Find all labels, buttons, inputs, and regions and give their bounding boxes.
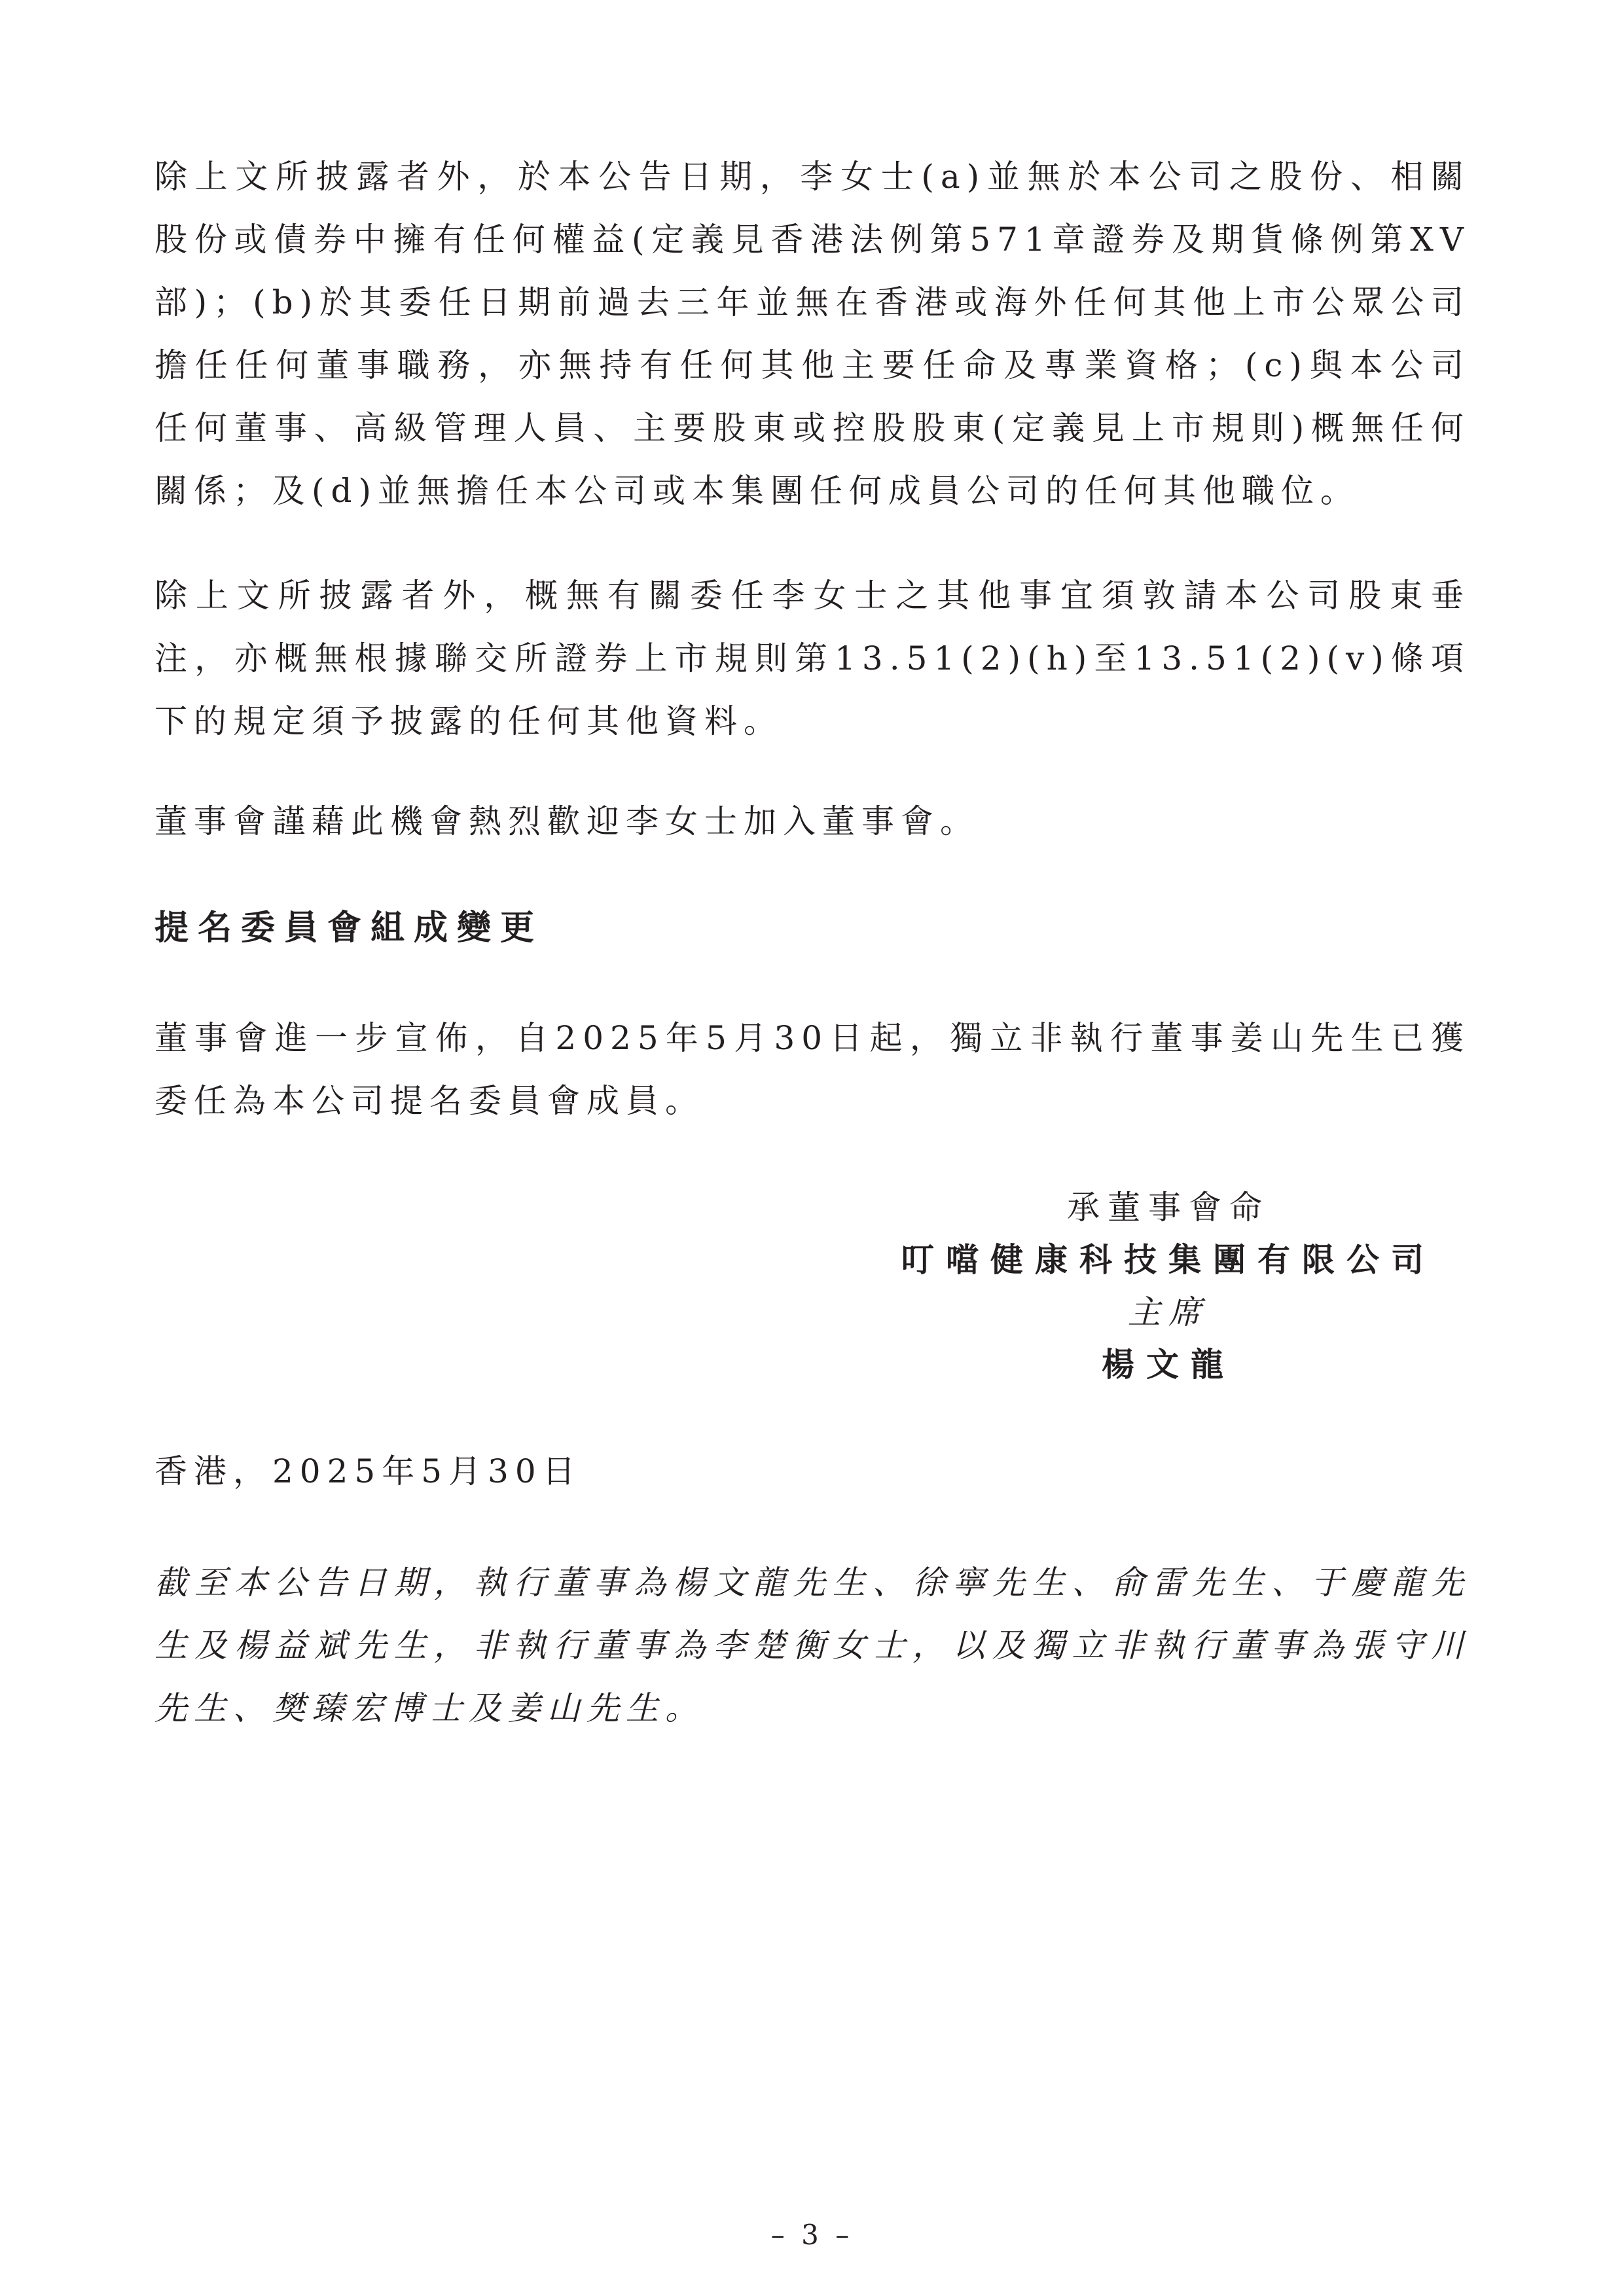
disclosure-paragraph: 除上文所披露者外，於本公告日期，李女士(a)並無於本公司之股份、相關股份或債券中…: [154, 145, 1470, 522]
welcome-paragraph: 董事會謹藉此機會熱烈歡迎李女士加入董事會。: [154, 790, 1470, 853]
no-other-matters-paragraph: 除上文所披露者外，概無有關委任李女士之其他事宜須敦請本公司股東垂注，亦概無根據聯…: [154, 564, 1470, 753]
document-page: 除上文所披露者外，於本公告日期，李女士(a)並無於本公司之股份、相關股份或債券中…: [0, 0, 1624, 2296]
company-name: 叮噹健康科技集團有限公司: [851, 1234, 1486, 1286]
signatory-title: 主席: [851, 1286, 1486, 1338]
board-composition-note: 截至本公告日期，執行董事為楊文龍先生、徐寧先生、俞雷先生、于慶龍先生及楊益斌先生…: [154, 1551, 1470, 1740]
signature-by-order: 承董事會命: [851, 1181, 1486, 1234]
signatory-name: 楊文龍: [851, 1338, 1486, 1391]
nomination-committee-paragraph: 董事會進一步宣佈，自2025年5月30日起，獨立非執行董事姜山先生已獲委任為本公…: [154, 1007, 1470, 1132]
signature-block: 承董事會命 叮噹健康科技集團有限公司 主席 楊文龍: [851, 1181, 1486, 1391]
page-number: – 3 –: [0, 2219, 1624, 2251]
place-and-date: 香港，2025年5月30日: [154, 1440, 1470, 1503]
section-heading: 提名委員會組成變更: [154, 902, 543, 954]
